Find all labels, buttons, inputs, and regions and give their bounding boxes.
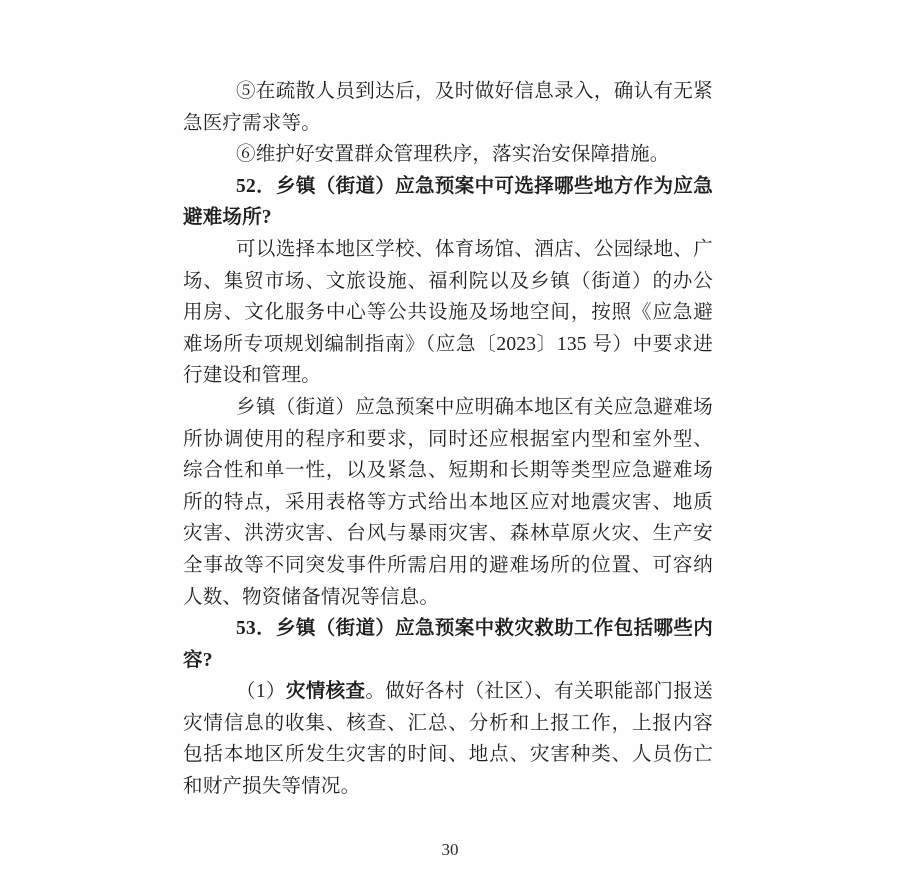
text-run: 乡镇（街道）应急预案中应明确本地区有关应急避难场所协调使用的程序和要求，同时还应… (183, 397, 713, 608)
page-number: 30 (0, 840, 900, 860)
bold-text-run: 53．乡镇（街道）应急预案中救灾救助工作包括哪些内容? (183, 618, 713, 671)
list-item-6: ⑥维护好安置群众管理秩序，落实治安保障措施。 (183, 139, 713, 171)
document-body: ⑤在疏散人员到达后，及时做好信息录入，确认有无紧急医疗需求等。⑥维护好安置群众管… (183, 76, 713, 803)
text-run: ⑤在疏散人员到达后，及时做好信息录入，确认有无紧急医疗需求等。 (183, 81, 713, 134)
text-run: （1） (236, 681, 286, 702)
bold-text-run: 灾情核查 (286, 681, 365, 702)
question-52-heading: 52．乡镇（街道）应急预案中可选择哪些地方作为应急避难场所? (183, 171, 713, 234)
text-run: ⑥维护好安置群众管理秩序，落实治安保障措施。 (236, 144, 669, 165)
document-page: ⑤在疏散人员到达后，及时做好信息录入，确认有无紧急医疗需求等。⑥维护好安置群众管… (0, 0, 900, 887)
list-item-5: ⑤在疏散人员到达后，及时做好信息录入，确认有无紧急医疗需求等。 (183, 76, 713, 139)
answer-53-paragraph-1: （1）灾情核查。做好各村（社区）、有关职能部门报送灾情信息的收集、核查、汇总、分… (183, 676, 713, 802)
question-53-heading: 53．乡镇（街道）应急预案中救灾救助工作包括哪些内容? (183, 613, 713, 676)
text-run: 可以选择本地区学校、体育场馆、酒店、公园绿地、广场、集贸市场、文旅设施、福利院以… (183, 239, 713, 386)
answer-52-paragraph-2: 乡镇（街道）应急预案中应明确本地区有关应急避难场所协调使用的程序和要求，同时还应… (183, 392, 713, 613)
answer-52-paragraph-1: 可以选择本地区学校、体育场馆、酒店、公园绿地、广场、集贸市场、文旅设施、福利院以… (183, 234, 713, 392)
bold-text-run: 52．乡镇（街道）应急预案中可选择哪些地方作为应急避难场所? (183, 176, 713, 229)
